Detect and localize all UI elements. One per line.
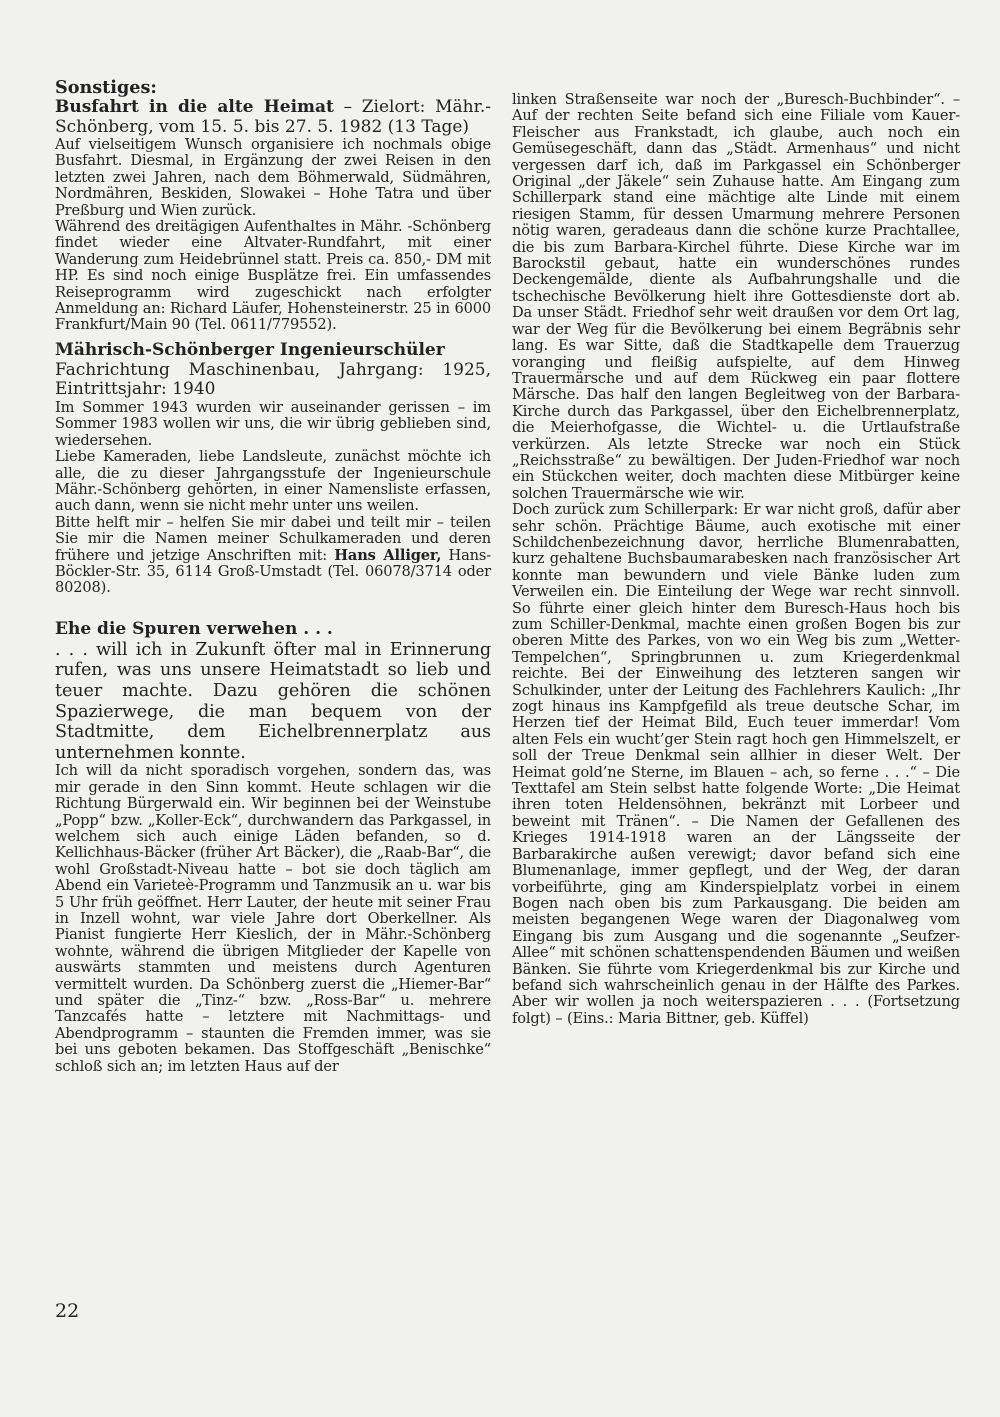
bus-trip-heading: Busfahrt in die alte Heimat – Zielort: M… <box>55 98 491 137</box>
right-column: linken Straßenseite war noch der „Buresc… <box>512 92 960 1027</box>
bus-trip-paragraph: Während des dreitägigen Aufenthaltes in … <box>55 219 491 334</box>
spacer <box>55 597 491 619</box>
contact-name: Hans Alliger, <box>334 547 441 564</box>
engineering-paragraph: Liebe Kameraden, liebe Landsleute, zunäc… <box>55 449 491 515</box>
bus-trip-title: Busfahrt in die alte Heimat <box>55 97 334 117</box>
engineering-paragraph: Im Sommer 1943 wurden wir auseinander ge… <box>55 400 491 449</box>
continued-paragraph: linken Straßenseite war noch der „Buresc… <box>512 92 960 502</box>
bus-trip-paragraph: Auf vielseitigem Wunsch organisiere ich … <box>55 137 491 219</box>
traces-title: Ehe die Spuren verwehen . . . <box>55 619 491 640</box>
engineering-paragraph: Bitte helft mir – helfen Sie mir dabei u… <box>55 515 491 597</box>
page-number: 22 <box>55 1300 79 1322</box>
left-column: Sonstiges: Busfahrt in die alte Heimat –… <box>55 78 491 1075</box>
engineering-students-subtitle: Fachrichtung Maschinenbau, Jahrgang: 192… <box>55 361 491 400</box>
traces-lead: . . . will ich in Zukunft öfter mal in E… <box>55 640 491 764</box>
continued-paragraph: Doch zurück zum Schillerpark: Er war nic… <box>512 502 960 1027</box>
engineering-students-title: Mährisch-Schönberger Ingenieurschüler <box>55 340 491 361</box>
traces-body: Ich will da nicht sporadisch vorgehen, s… <box>55 763 491 1075</box>
document-page: Sonstiges: Busfahrt in die alte Heimat –… <box>0 0 1000 1417</box>
section-label: Sonstiges: <box>55 78 491 98</box>
